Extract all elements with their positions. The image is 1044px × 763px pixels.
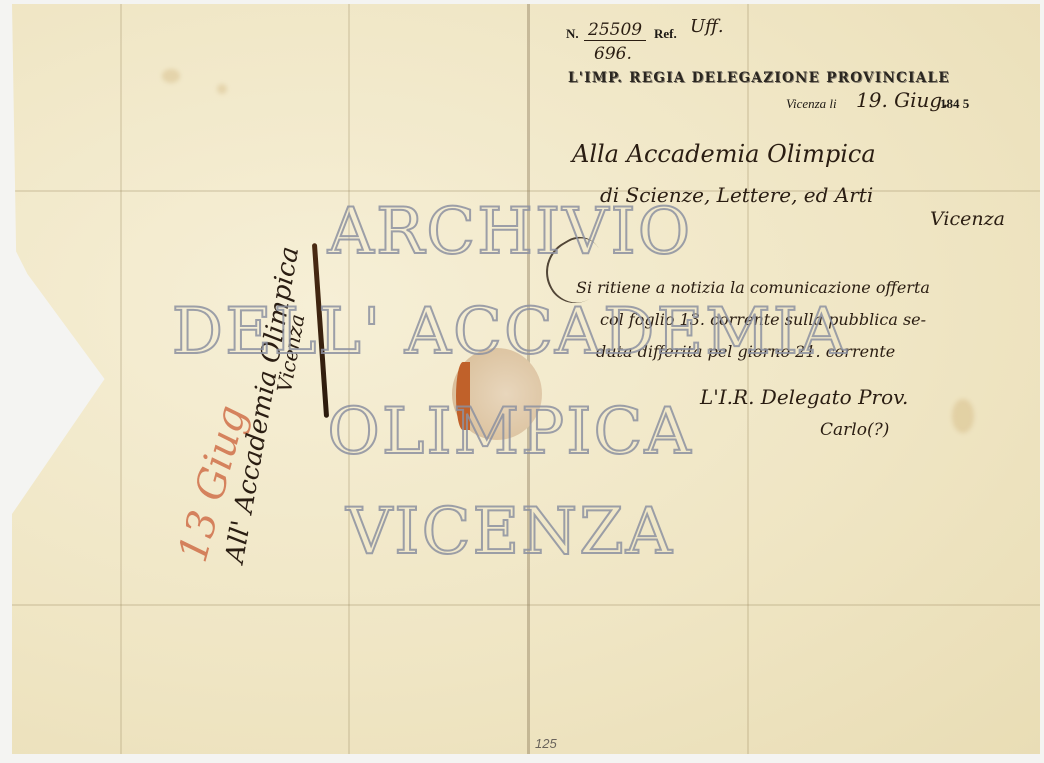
body-line-3: duta differita pel giorno 21. corrente [596,342,895,361]
addressee-line-1: Alla Accademia Olimpica [572,140,876,168]
stain [162,69,180,83]
protocol-number: 25509 [584,20,646,41]
fold-line [747,4,749,754]
stain [952,399,974,433]
fold-line [12,604,1040,606]
body-line-2: col foglio 13. corrente sulla pubblica s… [600,310,926,329]
year: 184 5 [940,96,969,112]
protocol-subnumber: 696. [594,44,632,64]
handwritten-date: 19. Giug. [856,88,949,112]
office-heading: L'IMP. REGIA DELEGAZIONE PROVINCIALE [568,70,950,86]
signature-line-2: Carlo(?) [820,420,889,440]
fold-line [12,190,1040,192]
archive-number: 125 [535,736,557,751]
wax-seal [452,348,542,440]
ref-label: Ref. [654,26,677,42]
ref-value: Uff. [690,16,724,37]
body-line-1: Si ritiene a notizia la comunicazione of… [576,278,930,297]
addressee-line-2: di Scienze, Lettere, ed Arti [600,183,873,207]
fold-line [348,4,350,754]
addressee-city: Vicenza [930,208,1005,230]
fold-line [120,4,122,754]
stain [217,84,227,94]
signature-line-1: L'I.R. Delegato Prov. [700,385,908,409]
place-label: Vicenza li [786,96,837,112]
number-label: N. [566,26,579,42]
